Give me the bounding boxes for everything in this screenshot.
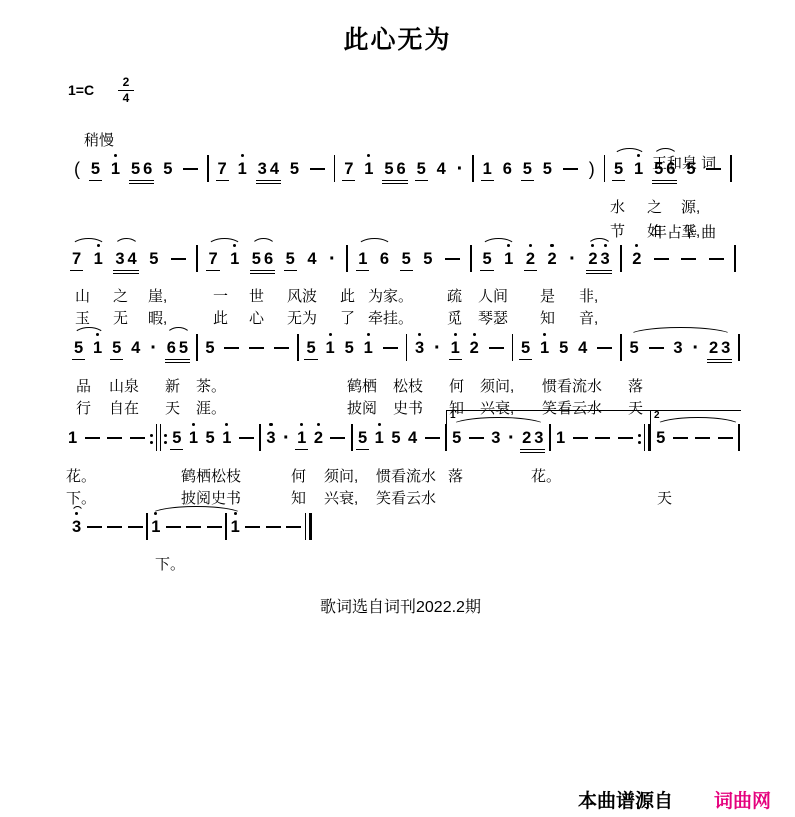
underline-row	[170, 447, 183, 454]
lyric-syllable: 琴瑟	[478, 307, 508, 328]
dash-mark	[597, 347, 612, 350]
duration-underline	[295, 449, 308, 451]
lyric-syllable: 觅	[447, 307, 462, 328]
site-logo[interactable]: 词曲网	[714, 786, 771, 813]
duration-underline	[586, 273, 611, 275]
lyric-syllable: 非,	[579, 285, 598, 306]
barline	[309, 513, 312, 540]
note-number: 23	[586, 250, 611, 268]
lyric-syllable: 鹤栖	[347, 375, 377, 396]
slur-arc	[613, 148, 646, 157]
lyric-syllable: 鹤栖松枝	[181, 465, 241, 486]
note-number	[595, 339, 614, 357]
lyric-syllable: 披阅史书	[181, 487, 241, 508]
lyric-syllable: 源,	[681, 196, 700, 217]
note-number: 34	[113, 250, 138, 268]
dash-note	[381, 333, 400, 364]
barline	[620, 334, 622, 361]
note: 1	[91, 333, 104, 364]
note-number	[647, 339, 666, 357]
lyric-syllable: 牵挂。	[368, 307, 413, 328]
dash-mark	[618, 437, 633, 440]
duration-underline	[206, 270, 219, 272]
underline-row	[554, 447, 567, 454]
dash-mark	[330, 437, 345, 440]
duration-underline	[586, 270, 611, 272]
underline-row	[220, 447, 233, 454]
dash-note	[328, 423, 347, 454]
note-number: 3	[671, 339, 684, 357]
note: 5	[612, 154, 625, 185]
note-number: 5	[400, 250, 413, 268]
high-octave-dot	[114, 154, 117, 157]
underline-row	[545, 268, 558, 275]
note-number	[105, 518, 124, 536]
note-number: ·	[506, 429, 517, 447]
lyric-syllable: 节	[610, 220, 625, 241]
dash-note	[272, 333, 291, 364]
underline-row	[679, 268, 698, 275]
note: 3	[671, 333, 684, 364]
high-octave-dot	[317, 423, 320, 426]
beamed-note-group: 23	[520, 423, 545, 454]
dash-mark	[224, 347, 239, 350]
note-number: 65	[165, 339, 190, 357]
note-number: ·	[690, 339, 701, 357]
lyric-syllable: 松枝	[393, 375, 423, 396]
note-number: 3	[601, 250, 610, 268]
dash-mark	[171, 258, 186, 261]
note: 1	[538, 333, 551, 364]
note: 5	[521, 154, 534, 185]
note-number	[222, 339, 241, 357]
dash-mark	[183, 168, 198, 171]
high-octave-dot	[378, 423, 381, 426]
dash-mark	[718, 437, 733, 440]
note-number	[83, 429, 102, 447]
note-number: 5	[89, 160, 102, 178]
barline	[160, 424, 162, 451]
note-number: 2	[630, 250, 643, 268]
underline-row	[169, 268, 188, 275]
note: 2	[524, 244, 537, 275]
barline	[472, 155, 474, 182]
duration-underline	[415, 180, 428, 182]
lyric-syllable: 音,	[579, 307, 598, 328]
duration-underline	[652, 183, 677, 185]
underline-row	[126, 536, 145, 543]
underline-row	[204, 447, 217, 454]
barline	[604, 155, 606, 182]
underline-row	[304, 357, 317, 364]
duration-underline	[129, 180, 154, 182]
time-signature: 2 4	[118, 76, 134, 105]
beamed-note-group: 56	[652, 154, 677, 185]
barline	[156, 424, 158, 451]
time-signature-numerator: 2	[118, 76, 134, 91]
underline-row	[243, 536, 262, 543]
underline-row	[467, 447, 486, 454]
note: 1	[228, 244, 241, 275]
lyrics-row: 行自在天涯。披阅史书知兴衰,笑看云水天	[0, 397, 795, 417]
underline-row	[70, 536, 83, 543]
note-number: ·	[432, 339, 443, 357]
underline-row	[113, 268, 138, 275]
dash-mark	[654, 258, 669, 261]
note-number	[128, 429, 147, 447]
barline	[259, 424, 261, 451]
note-number	[704, 160, 723, 178]
augmentation-dot: ·	[455, 154, 466, 185]
note-number: 4	[576, 339, 589, 357]
note-number: 5	[147, 250, 160, 268]
note-number: 23	[520, 429, 545, 447]
underline-row	[356, 447, 369, 454]
note-number: 5	[252, 250, 261, 268]
note-number: 5	[284, 250, 297, 268]
duration-underline	[110, 359, 123, 361]
score-line: 311	[70, 512, 312, 543]
underline-row	[400, 268, 413, 275]
underline-row	[66, 447, 79, 454]
underline-row	[389, 447, 402, 454]
barline	[734, 245, 736, 272]
underline-row	[264, 536, 283, 543]
underline-row	[630, 268, 643, 275]
underline-row	[85, 536, 104, 543]
repeat-dot	[638, 441, 641, 444]
barline	[738, 424, 740, 451]
note: 4	[576, 333, 589, 364]
underline-row	[455, 178, 466, 185]
note-number: 5	[421, 250, 434, 268]
note-number	[237, 429, 256, 447]
lyrics-row: 品山泉新茶。鹤栖松枝何须问,惯看流水落	[0, 375, 795, 395]
high-octave-dot	[329, 333, 332, 336]
duration-underline	[612, 180, 625, 182]
barline	[305, 513, 307, 540]
lyric-syllable: 须问,	[324, 465, 358, 486]
dash-note	[184, 512, 203, 543]
note: 2	[545, 244, 558, 275]
lyric-syllable: 笑看云水	[376, 487, 436, 508]
note-number	[593, 429, 612, 447]
underline-row	[288, 178, 301, 185]
dash-note	[595, 333, 614, 364]
note-number: 5	[684, 160, 697, 178]
note-number	[679, 250, 698, 268]
lyric-syllable: 落	[628, 375, 643, 396]
lyric-syllable: 自在	[109, 397, 139, 418]
dash-mark	[249, 347, 264, 350]
lyric-syllable: 花。	[66, 465, 96, 486]
note-number: 1	[295, 429, 308, 447]
dash-note	[164, 512, 183, 543]
slur-arc	[628, 327, 733, 336]
note: 5	[627, 333, 640, 364]
note: 5	[421, 244, 434, 275]
note-number: 3	[70, 518, 83, 536]
lyric-syllable: 无为	[287, 307, 317, 328]
note-number	[181, 160, 200, 178]
note-number: 3	[264, 429, 277, 447]
lyric-syllable: 惯看流水	[376, 465, 436, 486]
note-number: 1	[187, 429, 200, 447]
high-octave-dot	[635, 244, 638, 247]
dash-note	[693, 423, 712, 454]
dash-mark	[706, 168, 721, 171]
high-octave-dot	[225, 423, 228, 426]
lyric-syllable: 世	[249, 285, 264, 306]
duration-underline	[70, 270, 83, 272]
note: 1	[92, 244, 105, 275]
duration-underline	[113, 270, 138, 272]
underline-row	[432, 357, 443, 364]
dash-mark	[310, 168, 325, 171]
note-number	[164, 518, 183, 536]
note-number: ·	[281, 429, 292, 447]
underline-row	[324, 357, 337, 364]
dash-note	[126, 512, 145, 543]
duration-underline	[707, 362, 732, 364]
note-number: 1	[362, 160, 375, 178]
note-number	[467, 429, 486, 447]
note: 5	[147, 244, 160, 275]
note: 1	[362, 154, 375, 185]
note: 2	[312, 423, 325, 454]
note-number	[308, 160, 327, 178]
underline-row	[281, 447, 292, 454]
dash-note	[616, 423, 635, 454]
high-octave-dot	[529, 244, 532, 247]
note: 1	[356, 244, 369, 275]
underline-row	[707, 268, 726, 275]
duration-underline	[342, 180, 355, 182]
note: 1	[187, 423, 200, 454]
note-number: 6	[501, 160, 514, 178]
dash-mark	[709, 258, 724, 261]
lyric-syllable: 天	[628, 397, 643, 418]
underline-row	[237, 447, 256, 454]
underline-row	[105, 447, 124, 454]
barline	[470, 245, 472, 272]
duration-underline	[113, 273, 138, 275]
end-repeat-barline	[638, 424, 651, 454]
note-number: 5	[541, 160, 554, 178]
underline-row	[216, 178, 229, 185]
note-number: 1	[632, 160, 645, 178]
underline-row	[520, 447, 545, 454]
time-signature-denominator: 4	[118, 91, 134, 105]
lyric-syllable: 无	[113, 307, 128, 328]
duration-underline	[519, 359, 532, 361]
dash-mark	[681, 258, 696, 261]
note-number: 3	[534, 429, 543, 447]
note-number	[247, 339, 266, 357]
lyric-syllable: 花。	[531, 465, 561, 486]
underline-row	[381, 357, 400, 364]
note: 1	[362, 333, 375, 364]
lyric-syllable: 水	[610, 196, 625, 217]
dash-note	[679, 244, 698, 275]
underline-row	[481, 178, 494, 185]
note-number: 7	[206, 250, 219, 268]
high-octave-dot	[550, 244, 553, 247]
beamed-note-group: 56	[382, 154, 407, 185]
underline-row	[421, 268, 434, 275]
lyric-syllable: 风波	[287, 285, 317, 306]
underline-row	[362, 178, 375, 185]
lyric-syllable: 是	[540, 285, 555, 306]
note-number: 2	[312, 429, 325, 447]
underline-row	[382, 178, 407, 185]
page-title: 此心无为	[0, 20, 795, 56]
note-number: (	[72, 160, 82, 178]
note: 4	[435, 154, 448, 185]
lyric-syllable: 暇,	[148, 307, 167, 328]
underline-row	[305, 268, 318, 275]
note-number: 1	[324, 339, 337, 357]
underline-row	[538, 357, 551, 364]
note-number	[85, 518, 104, 536]
beamed-note-group: 65	[165, 333, 190, 364]
note-number: 6	[264, 250, 273, 268]
beamed-note-group: 34	[256, 154, 281, 185]
lyric-syllable: 天	[165, 397, 180, 418]
underline-row	[593, 447, 612, 454]
note-number: 5	[161, 160, 174, 178]
dash-note	[105, 512, 124, 543]
note-number: 5	[203, 339, 216, 357]
note-number	[716, 429, 735, 447]
lyrics-row: 花。鹤栖松枝何须问,惯看流水落花。	[0, 465, 795, 485]
note: 5	[161, 154, 174, 185]
note-number	[272, 339, 291, 357]
underline-row	[222, 357, 241, 364]
note-number	[126, 518, 145, 536]
dash-note	[128, 423, 147, 454]
note-number: 6	[167, 339, 176, 357]
dash-note	[237, 423, 256, 454]
note-number	[671, 429, 690, 447]
dash-mark	[87, 526, 102, 529]
underline-row	[406, 447, 419, 454]
note: 6	[501, 154, 514, 185]
barline	[445, 424, 447, 451]
lyric-syllable: 笑看云水	[542, 397, 602, 418]
repeat-dot	[638, 434, 641, 437]
note: 7	[342, 154, 355, 185]
lyric-syllable: 一	[213, 285, 228, 306]
underline-row	[308, 178, 327, 185]
barline	[406, 334, 408, 361]
note-number: 4	[129, 339, 142, 357]
dash-note	[222, 333, 241, 364]
underline-row	[250, 268, 275, 275]
note-number: 5	[384, 160, 393, 178]
note-number: 5	[519, 339, 532, 357]
note-number: 1	[356, 250, 369, 268]
underline-row	[128, 447, 147, 454]
note: 5	[110, 333, 123, 364]
barline	[512, 334, 514, 361]
dash-note	[308, 154, 327, 185]
dash-mark	[673, 437, 688, 440]
underline-row	[480, 268, 493, 275]
high-octave-dot	[241, 154, 244, 157]
underline-row	[524, 268, 537, 275]
duration-underline	[216, 180, 229, 182]
underline-row	[148, 357, 159, 364]
underline-row	[557, 357, 570, 364]
note: 6	[378, 244, 391, 275]
note-number: ·	[148, 339, 159, 357]
lyric-syllable: 须问,	[480, 375, 514, 396]
note: 1	[632, 154, 645, 185]
note-number: 5	[110, 339, 123, 357]
key-signature: 1=C	[68, 82, 94, 98]
dash-note	[704, 154, 723, 185]
duration-underline	[256, 180, 281, 182]
beamed-note-group: 23	[586, 244, 611, 275]
slur-arc	[166, 327, 191, 336]
repeat-dot	[164, 441, 167, 444]
note-number: 2	[524, 250, 537, 268]
underline-row	[704, 178, 723, 185]
barline	[351, 424, 353, 451]
dash-note	[83, 423, 102, 454]
underline-row	[435, 178, 448, 185]
note-number: ·	[455, 160, 466, 178]
note-number	[105, 429, 124, 447]
dash-note	[593, 423, 612, 454]
dash-note	[247, 333, 266, 364]
underline-row	[423, 447, 442, 454]
lyrics-row: 山之崖,一世风波此为家。疏人间是非,	[0, 285, 795, 305]
note-number: 56	[129, 160, 154, 178]
note: 5	[203, 333, 216, 364]
note-number: 6	[143, 160, 152, 178]
duration-underline	[165, 359, 190, 361]
lyric-syllable: 疏	[447, 285, 462, 306]
high-octave-dot	[192, 423, 195, 426]
note-number	[205, 518, 224, 536]
underline-row	[519, 357, 532, 364]
note-number: ·	[327, 250, 338, 268]
duration-underline	[707, 359, 732, 361]
note-number	[328, 429, 347, 447]
note: 4	[305, 244, 318, 275]
dash-mark	[563, 168, 578, 171]
high-octave-dot	[367, 333, 370, 336]
note-number: 7	[216, 160, 229, 178]
lyrics-row: 下。披阅史书知兴衰,笑看云水天	[0, 487, 795, 507]
note-number	[169, 250, 188, 268]
underline-row	[284, 268, 297, 275]
note-number: 5	[304, 339, 317, 357]
note-number: 1	[149, 518, 162, 536]
parenthesis: (	[72, 154, 82, 185]
note-number: 2	[588, 250, 597, 268]
augmentation-dot: ·	[148, 333, 159, 364]
note-number: 5	[557, 339, 570, 357]
parenthesis: )	[587, 154, 597, 185]
lyric-syllable: 为家。	[368, 285, 413, 306]
underline-row	[571, 447, 590, 454]
note: 1	[109, 154, 122, 185]
note-number: 34	[256, 160, 281, 178]
dash-note	[707, 244, 726, 275]
